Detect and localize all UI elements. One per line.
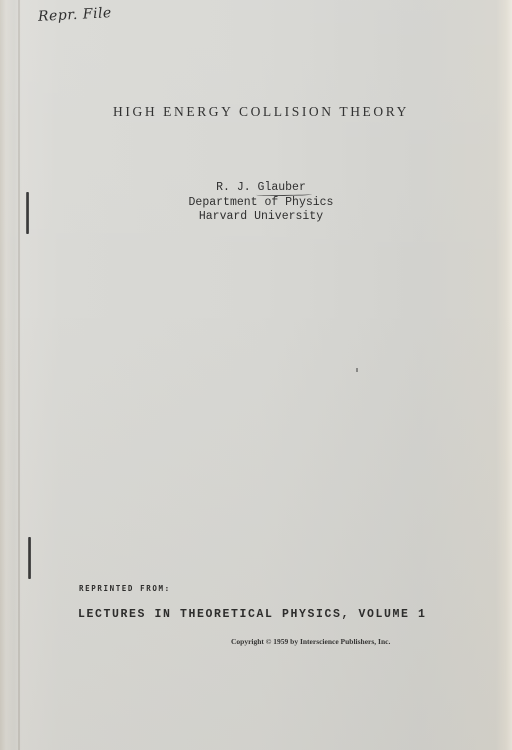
document-title: HIGH ENERGY COLLISION THEORY	[0, 104, 512, 120]
author-department: Department of Physics	[10, 196, 512, 211]
copyright-notice: Copyright © 1959 by Interscience Publish…	[231, 637, 390, 646]
author-line: R. J. Glauber	[10, 181, 512, 196]
handwritten-note: Repr. File	[38, 5, 113, 25]
author-institution: Harvard University	[10, 210, 512, 225]
author-prefix: R. J.	[216, 181, 257, 194]
document-page: Repr. File HIGH ENERGY COLLISION THEORY …	[0, 0, 512, 750]
staple-bottom	[28, 537, 31, 579]
paper-speck	[356, 368, 358, 372]
source-publication: LECTURES IN THEORETICAL PHYSICS, VOLUME …	[78, 608, 427, 621]
author-name: Glauber	[258, 181, 306, 194]
reprinted-label: REPRINTED FROM:	[79, 584, 171, 593]
author-block: R. J. Glauber Department of Physics Harv…	[0, 181, 512, 225]
